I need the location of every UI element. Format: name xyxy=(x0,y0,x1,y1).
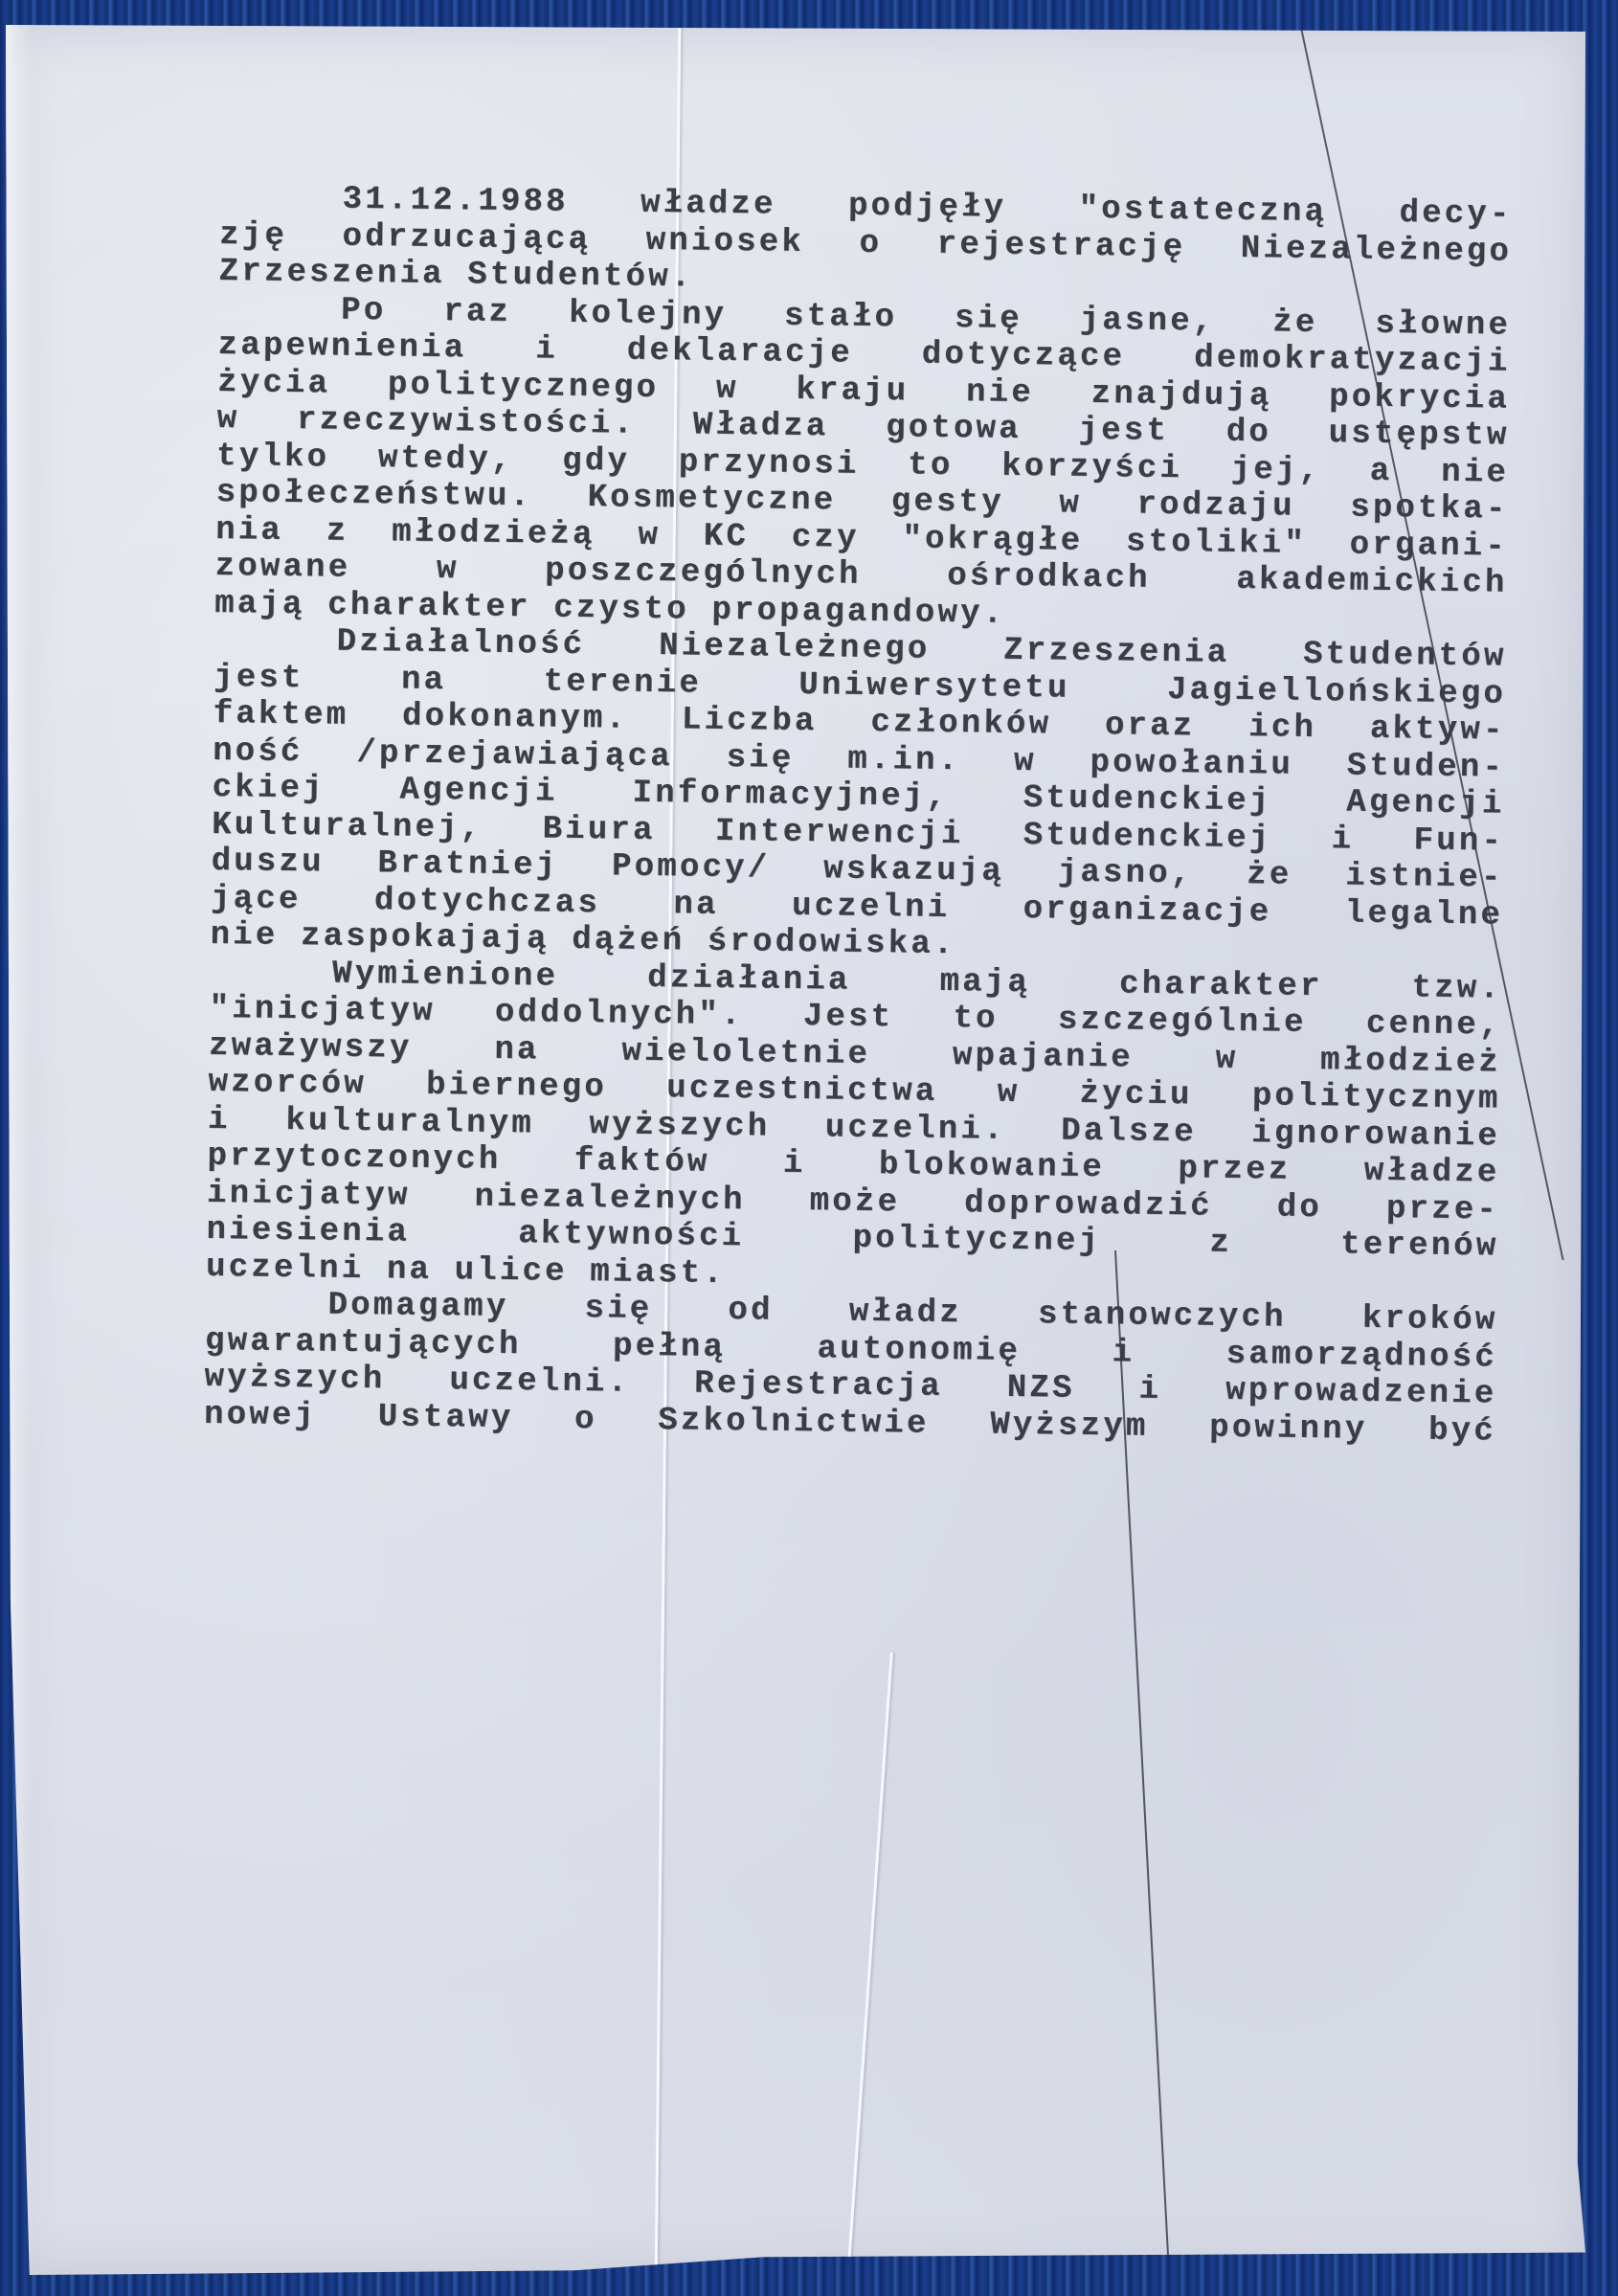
paragraph: 31.12.1988władzepodjęły"ostatecznądecy-z… xyxy=(218,180,1512,307)
paper-wrinkle xyxy=(844,1653,893,2296)
paper-edge-highlight xyxy=(6,25,33,2275)
paragraph: DziałalnośćNiezależnegoZrzeszeniaStudent… xyxy=(210,622,1506,971)
paragraph: Wymienionedziałaniamającharaktertzw."ini… xyxy=(206,954,1502,1302)
typed-letter-body: 31.12.1988władzepodjęły"ostatecznądecy-z… xyxy=(204,180,1513,1451)
paragraph: Domagamysięodwładzstanowczychkrokówgwara… xyxy=(204,1286,1498,1451)
paragraph: Porazkolejnystałosięjasne,żesłownezapewn… xyxy=(214,290,1511,639)
